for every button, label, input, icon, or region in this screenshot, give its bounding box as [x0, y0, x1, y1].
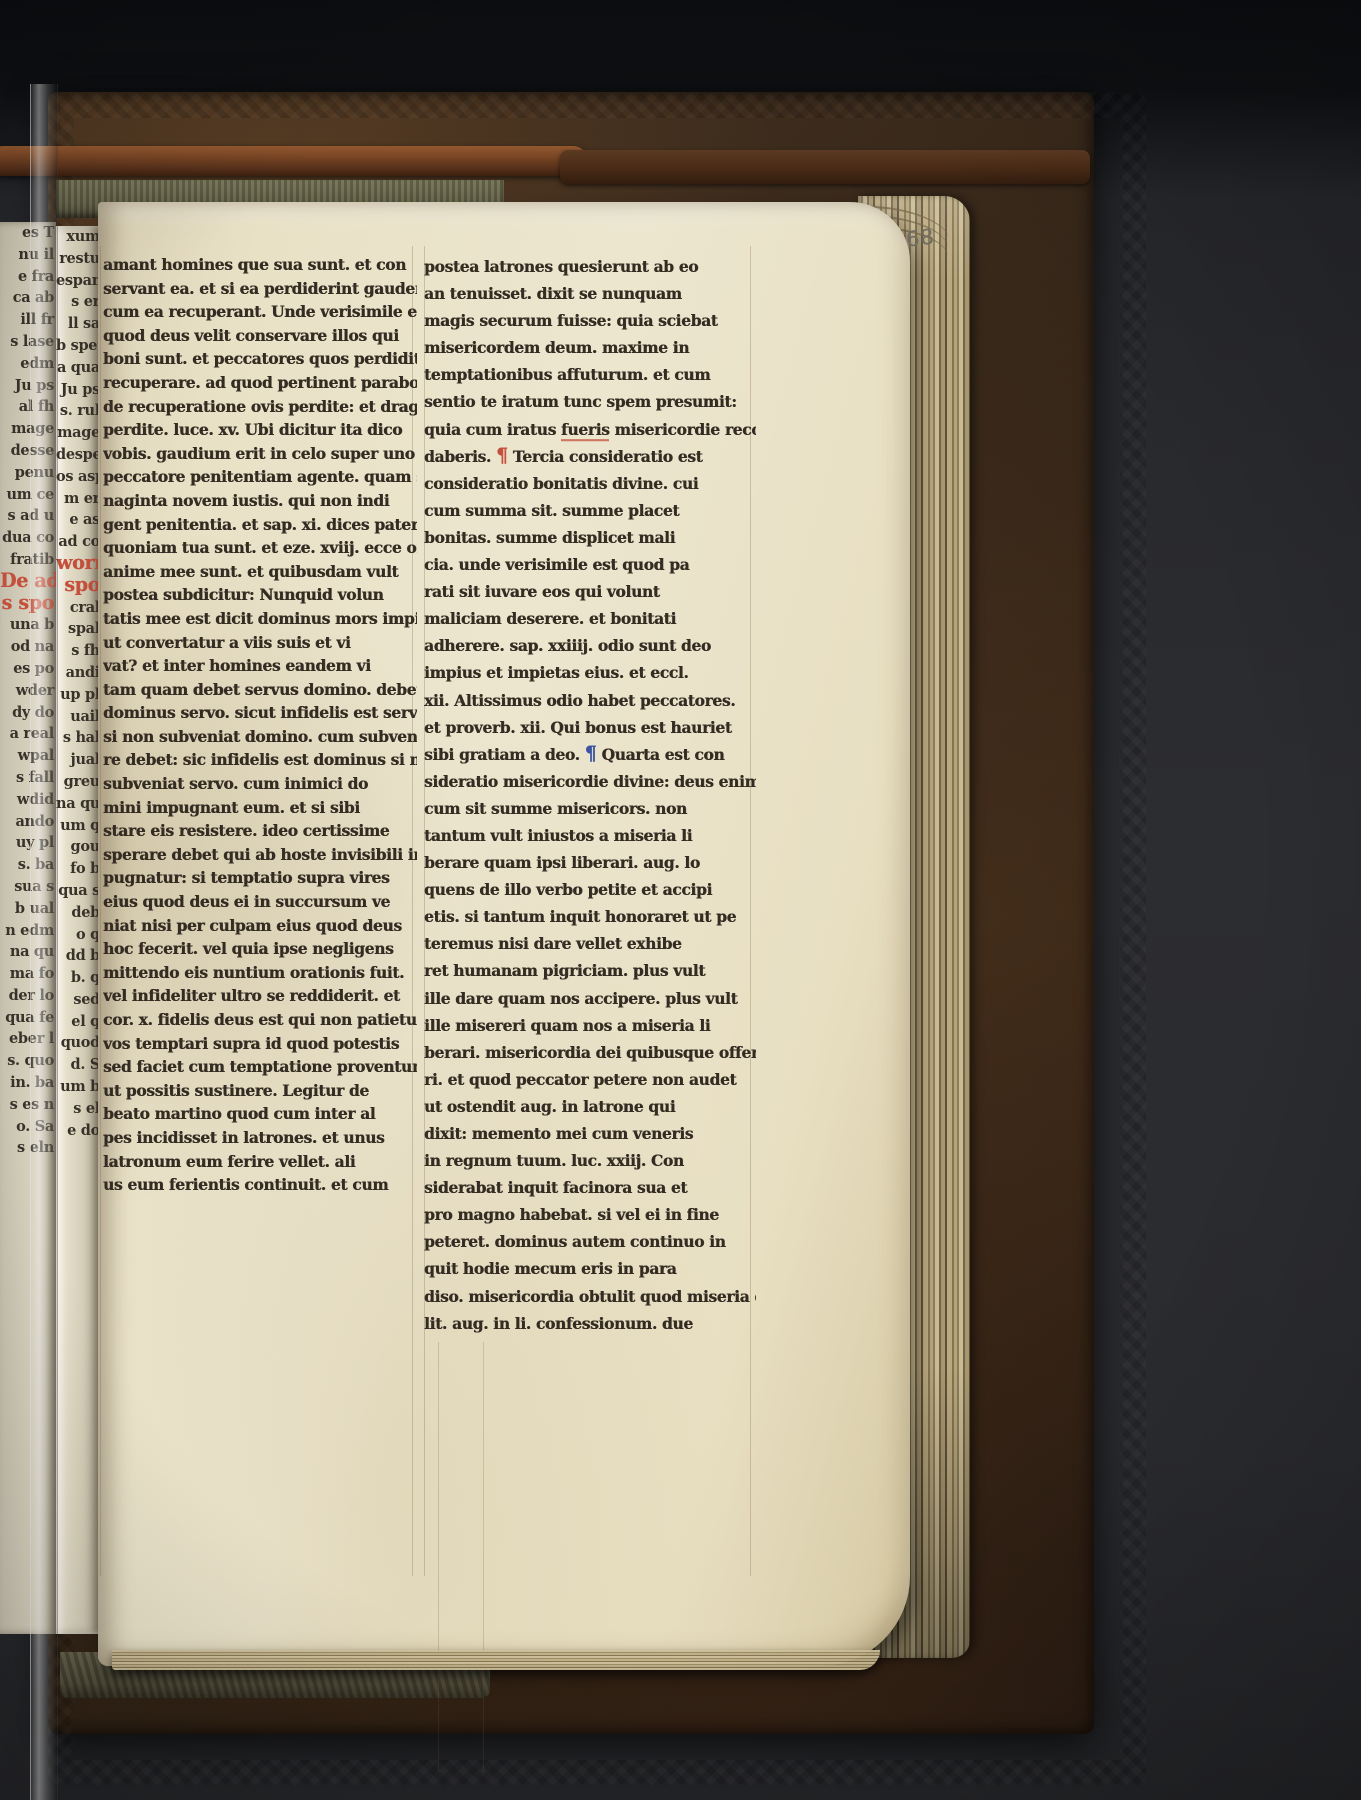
text-line: a qua — [56, 356, 102, 379]
text-line: quod deus velit conservare illos qui — [103, 323, 417, 348]
text-line: s. rul — [56, 400, 102, 423]
text-segment: despe — [56, 446, 101, 464]
text-line: berare quam ipsi liberari. aug. lo — [424, 848, 756, 876]
text-segment: xii. Altissimus odio habet peccatores. — [424, 690, 735, 710]
text-segment: cral — [70, 598, 100, 616]
bottom-leaf-edges — [112, 1650, 880, 1670]
text-segment: re debet: sic infidelis est dominus si n… — [103, 750, 417, 770]
text-line: boni sunt. et peccatores quos perdidit v… — [103, 346, 417, 371]
text-segment: gou — [71, 838, 100, 856]
text-segment: pro magno habebat. si vel ei in fine — [424, 1204, 719, 1224]
text-segment: impius et impietas eius. et eccl. — [424, 663, 688, 683]
text-segment: Quarta est con — [596, 744, 724, 764]
text-segment: postea latrones quesierunt ab eo — [424, 256, 698, 276]
text-line: deb — [56, 901, 102, 924]
text-line: anime mee sunt. et quibusdam vult — [103, 559, 417, 584]
text-line: s fh — [56, 640, 102, 663]
text-line: s er — [56, 291, 102, 314]
text-line: pes incidisset in latrones. et unus — [103, 1125, 417, 1150]
text-segment: si non subveniat domino. cum subveni — [103, 726, 417, 746]
text-segment: peteret. dominus autem continuo in — [424, 1232, 726, 1252]
text-line: quod — [56, 1032, 102, 1055]
text-line: o q — [56, 923, 102, 946]
text-segment: stare eis resistere. ideo certissime — [103, 820, 389, 840]
cover-top-edge — [560, 150, 1090, 184]
text-line: mage — [56, 422, 102, 445]
text-segment: berari. misericordia dei quibusque offer… — [424, 1042, 756, 1062]
text-line: cum summa sit. summe placet — [424, 496, 756, 524]
text-segment: servant ea. et si ea perdiderint gaudent — [103, 278, 417, 298]
text-line: ut ostendit aug. in latrone qui — [424, 1092, 756, 1120]
text-line: ille dare quam nos accipere. plus vult — [424, 984, 756, 1012]
text-segment: vobis. gaudium erit in celo super uno — [103, 443, 415, 463]
text-segment: us eum ferientis continuit. et cum — [103, 1174, 388, 1194]
text-segment: magis securum fuisse: quia sciebat — [424, 310, 718, 330]
cradle-acrylic-strip — [30, 84, 58, 1800]
text-segment: consideratio bonitatis divine. cui — [424, 473, 698, 493]
text-segment: deb — [71, 903, 100, 921]
text-segment: greu — [64, 773, 100, 791]
text-segment: sed — [73, 991, 100, 1009]
text-line: mittendo eis nuntium orationis fuit. — [103, 960, 417, 985]
text-segment: o q — [76, 925, 100, 943]
text-segment: mini impugnant eum. et si sibi — [103, 797, 360, 817]
text-line: xii. Altissimus odio habet peccatores. — [424, 686, 756, 714]
text-line: quit hodie mecum eris in para — [424, 1254, 756, 1282]
prev-edge-inner: xumrestuespams erll sab spema quaJu pss.… — [56, 226, 102, 1634]
text-segment: ille misereri quam nos a miseria li — [424, 1015, 710, 1035]
text-line: uail — [56, 705, 102, 728]
text-segment: um b — [60, 1078, 100, 1096]
text-segment: bonitas. summe displicet mali — [424, 527, 675, 547]
text-segment: tatis mee est dicit dominus mors impii — [103, 608, 417, 628]
text-line: tatis mee est dicit dominus mors impii — [103, 606, 417, 631]
text-line: naginta novem iustis. qui non indi — [103, 488, 417, 513]
text-line: berari. misericordia dei quibusque offer… — [424, 1038, 756, 1066]
text-segment: e do — [67, 1121, 100, 1139]
text-line: si non subveniat domino. cum subveni — [103, 724, 417, 749]
text-segment: beato martino quod cum inter al — [103, 1103, 375, 1123]
text-segment: tam quam debet servus domino. debet — [103, 679, 417, 699]
text-segment: vos temptari supra id quod potestis — [103, 1033, 399, 1053]
text-line: latronum eum ferire vellet. ali — [103, 1149, 417, 1174]
text-line: worr — [56, 553, 102, 576]
text-line: peccatore penitentiam agente. quam supra… — [103, 464, 417, 489]
text-line: re debet: sic infidelis est dominus si n… — [103, 747, 417, 772]
text-line: stare eis resistere. ideo certissime — [103, 818, 417, 843]
text-line: cum sit summe misericors. non — [424, 794, 756, 822]
text-line: perdite. luce. xv. Ubi dicitur ita dico — [103, 417, 417, 442]
text-line: de recuperatione ovis perdite: et dragme — [103, 394, 417, 419]
text-segment: lit. aug. in li. confessionum. due — [424, 1313, 693, 1333]
text-line: maliciam deserere. et bonitati — [424, 604, 756, 632]
text-line: vat? et inter homines eandem vi — [103, 653, 417, 678]
text-segment: diso. misericordia obtulit quod miseria … — [424, 1286, 756, 1306]
text-line: postea latrones quesierunt ab eo — [424, 252, 756, 280]
text-line: mini impugnant eum. et si sibi — [103, 795, 417, 820]
text-line: amant homines que sua sunt. et con — [103, 252, 417, 277]
text-segment: quit hodie mecum eris in para — [424, 1259, 676, 1279]
text-segment: ad co — [58, 533, 100, 551]
text-segment: s. rul — [60, 402, 100, 420]
text-segment: jual — [71, 751, 101, 769]
text-segment: maliciam deserere. et bonitati — [424, 608, 676, 628]
text-line: diso. misericordia obtulit quod miseria … — [424, 1282, 756, 1310]
text-line: adherere. sap. xxiiij. odio sunt deo — [424, 631, 756, 659]
text-segment: quod — [61, 1034, 100, 1052]
text-line: us eum ferientis continuit. et cum — [103, 1172, 417, 1197]
text-line: dixit: memento mei cum veneris — [424, 1119, 756, 1147]
text-segment: subveniat servo. cum inimici do — [103, 773, 368, 793]
text-segment: cia. unde verisimile est quod pa — [424, 554, 689, 574]
text-line: d. S — [56, 1054, 102, 1077]
text-line: beato martino quod cum inter al — [103, 1101, 417, 1126]
headband-rod — [0, 146, 588, 176]
text-segment: s el — [73, 1100, 100, 1118]
text-line: andi — [56, 662, 102, 685]
text-line: ll sa — [56, 313, 102, 336]
text-line: recuperare. ad quod pertinent parabole — [103, 370, 417, 395]
text-segment: temptationibus affuturum. et cum — [424, 365, 710, 385]
text-line: hoc fecerit. vel quia ipse negligens — [103, 936, 417, 961]
text-segment: cum ea recuperant. Unde verisimile est — [103, 301, 417, 321]
text-segment: restu — [59, 249, 100, 267]
text-segment: eius quod deus ei in succursum ve — [103, 891, 390, 911]
text-line: ille misereri quam nos a miseria li — [424, 1011, 756, 1039]
text-segment: b spem — [56, 337, 102, 355]
text-line: sperare debet qui ab hoste invisibili im — [103, 842, 417, 867]
manuscript-page-recto: 68 amant homines que sua sunt. et conser… — [98, 202, 910, 1666]
text-line: cum ea recuperant. Unde verisimile est — [103, 299, 417, 324]
text-segment: ut convertatur a viis suis et vi — [103, 632, 351, 652]
text-segment: naginta novem iustis. qui non indi — [103, 490, 389, 510]
text-line: up pl — [56, 683, 102, 706]
text-segment: xum — [66, 228, 100, 246]
text-segment: b. q — [71, 969, 100, 987]
text-line: quia cum iratus fueris misericordie reco… — [424, 415, 756, 443]
text-segment: Ju ps — [61, 380, 100, 398]
text-line: spal — [56, 618, 102, 641]
text-segment: peccatore penitentiam agente. quam supra… — [103, 466, 417, 486]
text-line: b. q — [56, 967, 102, 990]
text-segment: quens de illo verbo petite et accipi — [424, 879, 712, 899]
text-line: m er — [56, 487, 102, 510]
text-segment: tantum vult iniustos a miseria li — [424, 825, 692, 845]
text-segment: postea subdicitur: Nunquid volun — [103, 584, 383, 604]
text-line: ri. et quod peccator petere non audet — [424, 1065, 756, 1093]
text-line: xum — [56, 226, 102, 248]
text-line: ut convertatur a viis suis et vi — [103, 630, 417, 655]
text-segment: quod deus velit conservare illos qui — [103, 325, 399, 345]
text-segment: espam — [56, 271, 102, 289]
pilcrow-mark: worr — [56, 553, 102, 575]
text-segment: s fh — [71, 642, 100, 660]
text-line: lit. aug. in li. confessionum. due — [424, 1309, 756, 1337]
text-segment: a qua — [57, 358, 100, 376]
text-line: quoniam tua sunt. et eze. xviij. ecce om… — [103, 535, 417, 560]
text-segment: fueris — [561, 419, 609, 441]
ruling-line — [100, 246, 101, 1576]
text-segment: cor. x. fidelis deus est qui non patietu… — [103, 1009, 417, 1029]
text-segment: sibi gratiam a deo. — [424, 744, 585, 764]
text-line: restu — [56, 247, 102, 270]
text-segment: an tenuisset. dixit se nunquam — [424, 283, 682, 303]
text-segment: ret humanam pigriciam. plus vult — [424, 961, 705, 981]
text-segment: el q — [71, 1012, 100, 1030]
text-segment: etis. si tantum inquit honoraret ut pe — [424, 906, 736, 926]
text-line: pugnatur: si temptatio supra vires — [103, 865, 417, 890]
text-line: um b — [56, 1076, 102, 1099]
folio-number: 68 — [905, 224, 936, 251]
text-segment: et proverb. xii. Qui bonus est hauriet — [424, 717, 732, 737]
text-segment: cum summa sit. summe placet — [424, 500, 679, 520]
text-segment: uail — [70, 707, 100, 725]
text-segment: berare quam ipsi liberari. aug. lo — [424, 852, 700, 872]
text-segment: quia cum iratus — [424, 419, 561, 439]
text-line: greu — [56, 770, 102, 793]
pilcrow-mark: spo — [64, 574, 100, 596]
text-line: postea subdicitur: Nunquid volun — [103, 582, 417, 607]
text-line: cral — [56, 596, 102, 619]
text-segment: siderabat inquit facinora sua et — [424, 1177, 687, 1197]
right-column: postea latrones quesierunt ab eoan tenui… — [424, 252, 756, 1336]
text-line: vel infideliter ultro se reddiderit. et — [103, 983, 417, 1008]
text-segment: amant homines que sua sunt. et con — [103, 254, 406, 274]
text-segment: ll sa — [68, 315, 100, 333]
text-segment: na qu — [56, 794, 100, 812]
text-segment: boni sunt. et peccatores quos perdidit v… — [103, 348, 417, 368]
text-line: vobis. gaudium erit in celo super uno — [103, 441, 417, 466]
text-line: siderabat inquit facinora sua et — [424, 1173, 756, 1201]
text-segment: dd b — [66, 947, 100, 965]
text-segment: s hal — [63, 729, 100, 747]
text-segment: sed faciet cum temptatione proventum — [103, 1056, 417, 1076]
text-line: subveniat servo. cum inimici do — [103, 771, 417, 796]
text-segment: adherere. sap. xxiiij. odio sunt deo — [424, 636, 711, 656]
text-segment: d. S — [70, 1056, 100, 1074]
text-line: sibi gratiam a deo. ¶ Quarta est con — [424, 740, 756, 768]
text-line: bonitas. summe displicet mali — [424, 523, 756, 551]
text-line: et proverb. xii. Qui bonus est hauriet — [424, 713, 756, 741]
text-line: b spem — [56, 335, 102, 358]
text-line: sed — [56, 988, 102, 1011]
text-segment: niat nisi per culpam eius quod deus — [103, 915, 402, 935]
text-line: in regnum tuum. luc. xxiij. Con — [424, 1146, 756, 1174]
text-segment: mittendo eis nuntium orationis fuit. — [103, 962, 404, 982]
text-segment: sperare debet qui ab hoste invisibili im — [103, 844, 417, 864]
text-line: vos temptari supra id quod potestis — [103, 1031, 417, 1056]
text-line: dd b — [56, 945, 102, 968]
text-line: spo — [56, 574, 102, 597]
text-line: temptationibus affuturum. et cum — [424, 360, 756, 388]
pilcrow-mark: ¶ — [585, 742, 597, 765]
text-segment: teremus nisi dare vellet exhibe — [424, 934, 682, 954]
parchment-crease — [483, 1342, 484, 1772]
text-segment: mage — [57, 424, 100, 442]
text-line: espam — [56, 269, 102, 292]
text-line: os asp — [56, 465, 102, 488]
text-line: magis securum fuisse: quia sciebat — [424, 306, 756, 334]
text-segment: sideratio misericordie divine: deus enim — [424, 771, 756, 791]
text-segment: recuperare. ad quod pertinent parabole — [103, 372, 417, 392]
text-line: um q — [56, 814, 102, 837]
text-segment: vat? et inter homines eandem vi — [103, 655, 371, 675]
text-segment: misericordie recor — [609, 419, 756, 439]
text-segment: Tercia consideratio est — [508, 446, 703, 466]
text-line: sentio te iratum tunc spem presumit: — [424, 387, 756, 415]
text-line: cor. x. fidelis deus est qui non patietu… — [103, 1007, 417, 1032]
text-line: niat nisi per culpam eius quod deus — [103, 913, 417, 938]
text-line: na qu — [56, 792, 102, 815]
text-segment: hoc fecerit. vel quia ipse negligens — [103, 938, 393, 958]
text-line: gent penitentia. et sap. xi. dices pater… — [103, 512, 417, 537]
pilcrow-mark: ¶ — [496, 444, 508, 467]
text-segment: m er — [64, 489, 100, 507]
text-segment: pes incidisset in latrones. et unus — [103, 1127, 384, 1147]
text-segment: anime mee sunt. et quibusdam vult — [103, 561, 398, 581]
text-line: tantum vult iniustos a miseria li — [424, 821, 756, 849]
text-segment: dominus servo. sicut infidelis est servu… — [103, 702, 417, 722]
text-line: e as — [56, 509, 102, 532]
text-line: quens de illo verbo petite et accipi — [424, 875, 756, 903]
text-line: peteret. dominus autem continuo in — [424, 1227, 756, 1255]
text-line: cia. unde verisimile est quod pa — [424, 550, 756, 578]
text-line: qua s — [56, 879, 102, 902]
text-segment: latronum eum ferire vellet. ali — [103, 1151, 355, 1171]
text-line: fo b — [56, 858, 102, 881]
text-line: despe — [56, 444, 102, 467]
text-segment: sentio te iratum tunc spem presumit: — [424, 392, 737, 412]
text-line: ret humanam pigriciam. plus vult — [424, 956, 756, 984]
text-segment: os asp — [56, 467, 102, 485]
text-segment: ut possitis sustinere. Legitur de — [103, 1080, 369, 1100]
text-segment: de recuperatione ovis perdite: et dragme — [103, 396, 417, 416]
text-line: pro magno habebat. si vel ei in fine — [424, 1200, 756, 1228]
text-line: misericordem deum. maxime in — [424, 333, 756, 361]
text-segment: spal — [68, 620, 100, 638]
text-line: gou — [56, 836, 102, 859]
text-line: teremus nisi dare vellet exhibe — [424, 929, 756, 957]
text-segment: ille dare quam nos accipere. plus vult — [424, 988, 737, 1008]
text-segment: quoniam tua sunt. et eze. xviij. ecce om… — [103, 537, 417, 557]
text-line: s el — [56, 1097, 102, 1120]
text-line: eius quod deus ei in succursum ve — [103, 889, 417, 914]
text-line: consideratio bonitatis divine. cui — [424, 469, 756, 497]
text-segment: rati sit iuvare eos qui volunt — [424, 581, 660, 601]
text-line: sideratio misericordie divine: deus enim — [424, 767, 756, 795]
text-line: daberis. ¶ Tercia consideratio est — [424, 442, 756, 470]
text-segment: daberis. — [424, 446, 496, 466]
text-segment: cum sit summe misericors. non — [424, 798, 687, 818]
text-segment: perdite. luce. xv. Ubi dicitur ita dico — [103, 419, 402, 439]
text-segment: fo b — [70, 860, 100, 878]
text-line: impius et impietas eius. et eccl. — [424, 658, 756, 686]
text-segment: vel infideliter ultro se reddiderit. et — [103, 986, 400, 1006]
text-line: rati sit iuvare eos qui volunt — [424, 577, 756, 605]
text-segment: dixit: memento mei cum veneris — [424, 1123, 693, 1143]
text-line: dominus servo. sicut infidelis est servu… — [103, 700, 417, 725]
text-line: s hal — [56, 727, 102, 750]
text-segment: gent penitentia. et sap. xi. dices pater… — [103, 514, 417, 534]
text-line: e do — [56, 1119, 102, 1142]
text-segment: up pl — [60, 685, 100, 703]
text-segment: ri. et quod peccator petere non audet — [424, 1069, 736, 1089]
left-column: amant homines que sua sunt. et conservan… — [103, 252, 417, 1196]
text-line: an tenuisset. dixit se nunquam — [424, 279, 756, 307]
text-line: sed faciet cum temptatione proventum — [103, 1054, 417, 1079]
text-line: servant ea. et si ea perdiderint gaudent — [103, 276, 417, 301]
text-segment: um q — [60, 816, 100, 834]
text-segment: andi — [66, 664, 100, 682]
photograph-of-manuscript: es Tnu ile fraca abill frs laseedmJu psa… — [0, 0, 1361, 1800]
text-segment: pugnatur: si temptatio supra vires — [103, 868, 389, 888]
text-segment: ut ostendit aug. in latrone qui — [424, 1096, 675, 1116]
text-segment: misericordem deum. maxime in — [424, 337, 689, 357]
text-segment: e as — [69, 511, 100, 529]
text-segment: qua s — [58, 882, 100, 900]
parchment-crease — [438, 1342, 439, 1772]
text-line: ad co — [56, 531, 102, 554]
text-line: Ju ps — [56, 378, 102, 401]
text-line: etis. si tantum inquit honoraret ut pe — [424, 902, 756, 930]
text-segment: in regnum tuum. luc. xxiij. Con — [424, 1150, 684, 1170]
text-segment: s er — [71, 293, 100, 311]
text-line: jual — [56, 749, 102, 772]
text-line: tam quam debet servus domino. debet — [103, 677, 417, 702]
text-line: ut possitis sustinere. Legitur de — [103, 1078, 417, 1103]
text-line: el q — [56, 1010, 102, 1033]
